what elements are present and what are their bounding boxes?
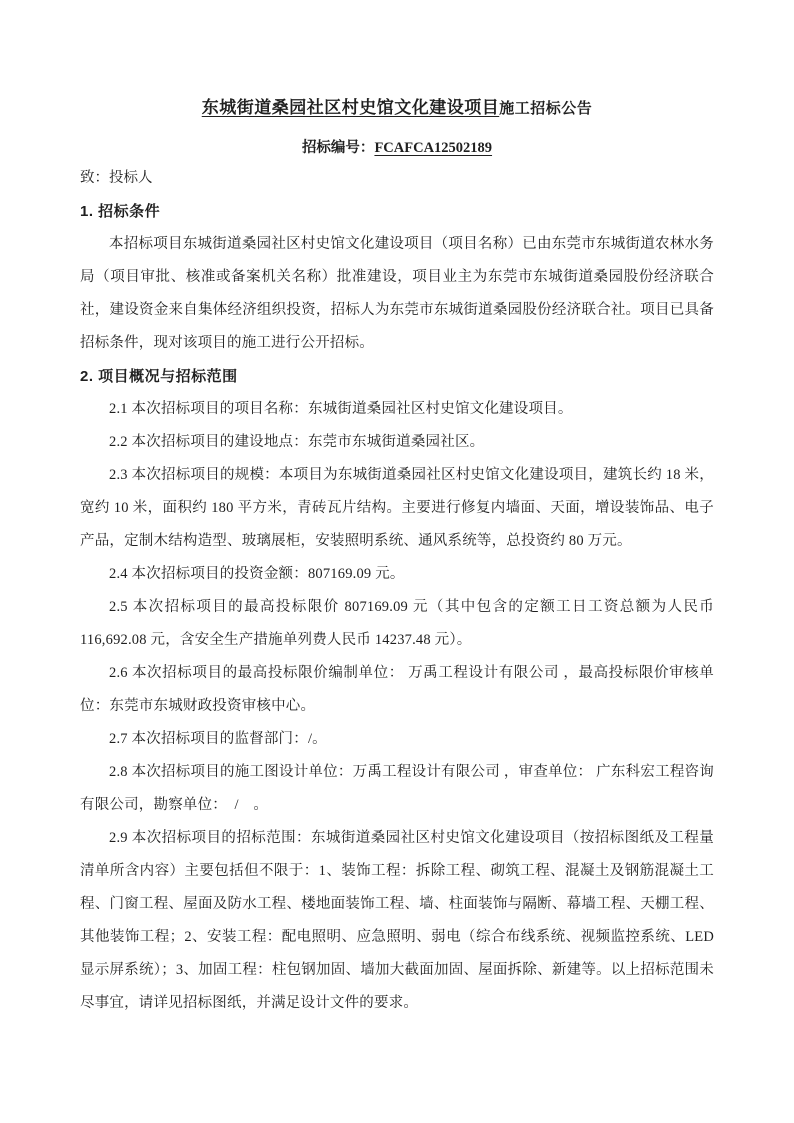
section-2-item-2-1: 2.1 本次招标项目的项目名称：东城街道桑园社区村史馆文化建设项目。 [80,393,714,426]
section-1-heading: 1. 招标条件 [80,195,714,228]
tender-ref-line: 招标编号：FCAFCA12502189 [80,134,714,162]
salutation: 致：投标人 [80,162,714,195]
tender-ref-label: 招标编号： [302,140,375,156]
section-2-item-2-3: 2.3 本次招标项目的规模：本项目为东城街道桑园社区村史馆文化建设项目，建筑长约… [80,459,714,558]
section-2-item-2-8: 2.8 本次招标项目的施工图设计单位：万禹工程设计有限公司 ，审查单位： 广东科… [80,756,714,822]
section-2-item-2-2: 2.2 本次招标项目的建设地点：东莞市东城街道桑园社区。 [80,426,714,459]
section-2-item-2-7: 2.7 本次招标项目的监督部门：/。 [80,723,714,756]
section-2-heading: 2. 项目概况与招标范围 [80,360,714,393]
title-project-name: 东城街道桑园社区村史馆文化建设项目 [202,98,500,117]
section-1-paragraph: 本招标项目东城街道桑园社区村史馆文化建设项目（项目名称）已由东莞市东城街道农林水… [80,228,714,360]
title-suffix: 施工招标公告 [499,101,592,117]
document-title: 东城街道桑园社区村史馆文化建设项目施工招标公告 [80,94,714,123]
section-2-item-2-5: 2.5 本次招标项目的最高投标限价 807169.09 元（其中包含的定额工日工… [80,591,714,657]
section-2-item-2-9: 2.9 本次招标项目的招标范围：东城街道桑园社区村史馆文化建设项目（按招标图纸及… [80,822,714,1020]
document-page: 东城街道桑园社区村史馆文化建设项目施工招标公告 招标编号：FCAFCA12502… [0,0,794,1123]
tender-ref-number: FCAFCA12502189 [374,140,492,156]
section-2-item-2-6: 2.6 本次招标项目的最高投标限价编制单位： 万禹工程设计有限公司 ，最高投标限… [80,657,714,723]
section-2-item-2-4: 2.4 本次招标项目的投资金额：807169.09 元。 [80,558,714,591]
